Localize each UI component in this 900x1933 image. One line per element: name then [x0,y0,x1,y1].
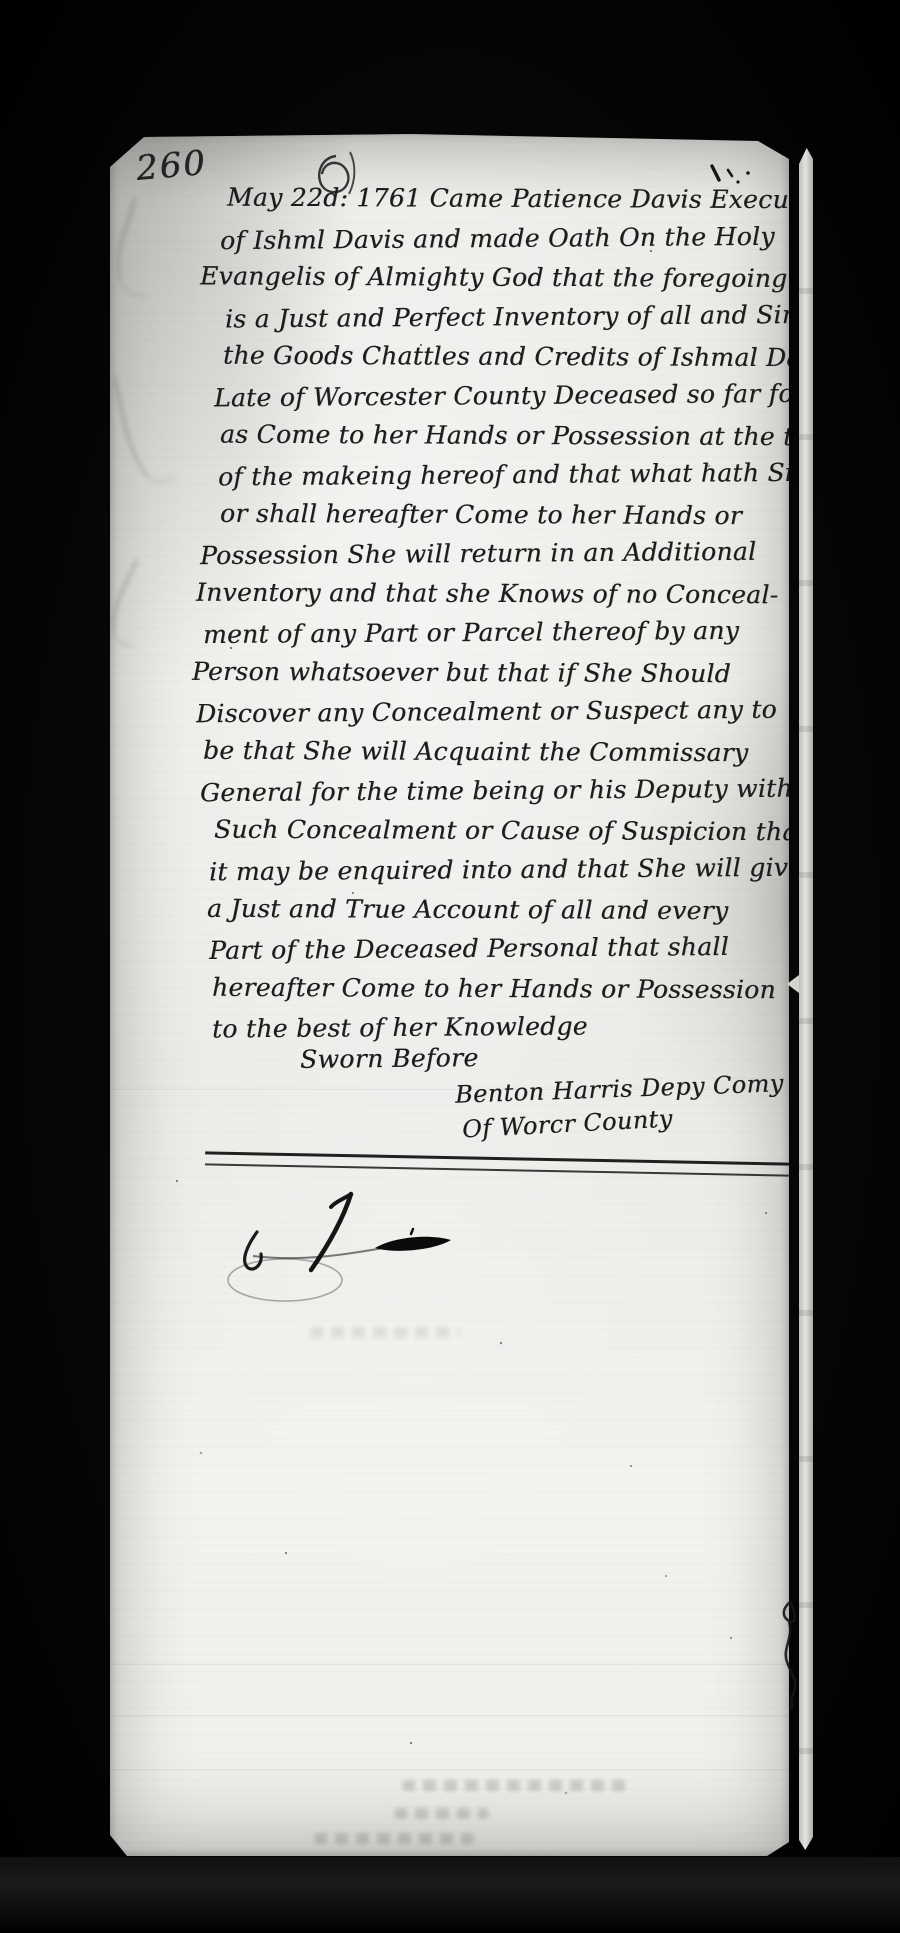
manuscript-line: be that She will Acquaint the Commissary [203,736,749,768]
faint-scan-line [110,1664,789,1665]
sworn-before-label: Sworn Before [300,1043,479,1074]
manuscript-line: the Goods Chattles and Credits of Ishmal… [223,341,789,374]
manuscript-line: ment of any Part or Parcel thereof by an… [203,616,739,650]
page-edge-notch [787,975,799,993]
bleedthrough-curl [113,369,176,488]
manuscript-line: to the best of her Knowledge [212,1012,588,1045]
officer-jurisdiction: Of Worcr County [461,1105,673,1144]
manuscript-line: May 22d: 1761 Came Patience Davis Execut… [227,183,789,216]
closing-double-rule [205,1151,789,1176]
manuscript-line: it may be enquired into and that She wil… [209,853,789,888]
manuscript-line: Inventory and that she Knows of no Conce… [196,578,779,611]
adjacent-page-edge [799,148,813,1850]
scan-bottom-band [0,1857,900,1933]
manuscript-line: Person whatsoever but that if She Should [192,657,731,689]
manuscript-line: General for the time being or his Deputy… [200,774,789,809]
manuscript-line: a Just and True Account of all and every [207,894,729,926]
manuscript-line: or shall hereafter Come to her Hands or [220,499,742,531]
faint-scan-line [110,1715,789,1716]
binding-squiggle-icon [770,1598,804,1710]
bleedthrough-text-smudge [394,1808,489,1819]
bleedthrough-text-smudge [402,1780,630,1791]
manuscript-line: Possession She will return in an Additio… [200,537,757,571]
manuscript-line: is a Just and Perfect Inventory of all a… [225,299,789,334]
bleedthrough-text-smudge [314,1833,474,1844]
manuscript-page: 260 May 22d: 1761 Came Patience Davis Ex… [110,132,789,1856]
faint-scan-line [110,1089,789,1090]
manuscript-line: Evangelis of Almighty God that the foreg… [200,261,789,294]
manuscript-line: Late of Worcester County Deceased so far… [214,379,789,414]
bleedthrough-curl [110,559,166,649]
manuscript-line: hereafter Come to her Hands or Possessio… [212,973,776,1005]
manuscript-line: Such Concealment or Cause of Suspicion t… [214,815,789,848]
dust-speckles [110,132,112,134]
manuscript-line: as Come to her Hands or Possession at th… [220,420,789,453]
scanner-bed: 260 May 22d: 1761 Came Patience Davis Ex… [0,0,900,1933]
manuscript-line: Discover any Concealment or Suspect any … [196,695,777,730]
manuscript-line: of the makeing hereof and that what hath… [218,458,789,493]
bleedthrough-text-smudge [310,1327,460,1338]
manuscript-line: of Ishml Davis and made Oath On the Holy [220,222,775,256]
faint-scan-line [110,1769,789,1770]
folio-number: 260 [134,143,208,189]
pen-flourish-icon [223,1188,463,1308]
bleedthrough-curl [110,197,175,299]
manuscript-line: Part of the Deceased Personal that shall [209,932,729,966]
